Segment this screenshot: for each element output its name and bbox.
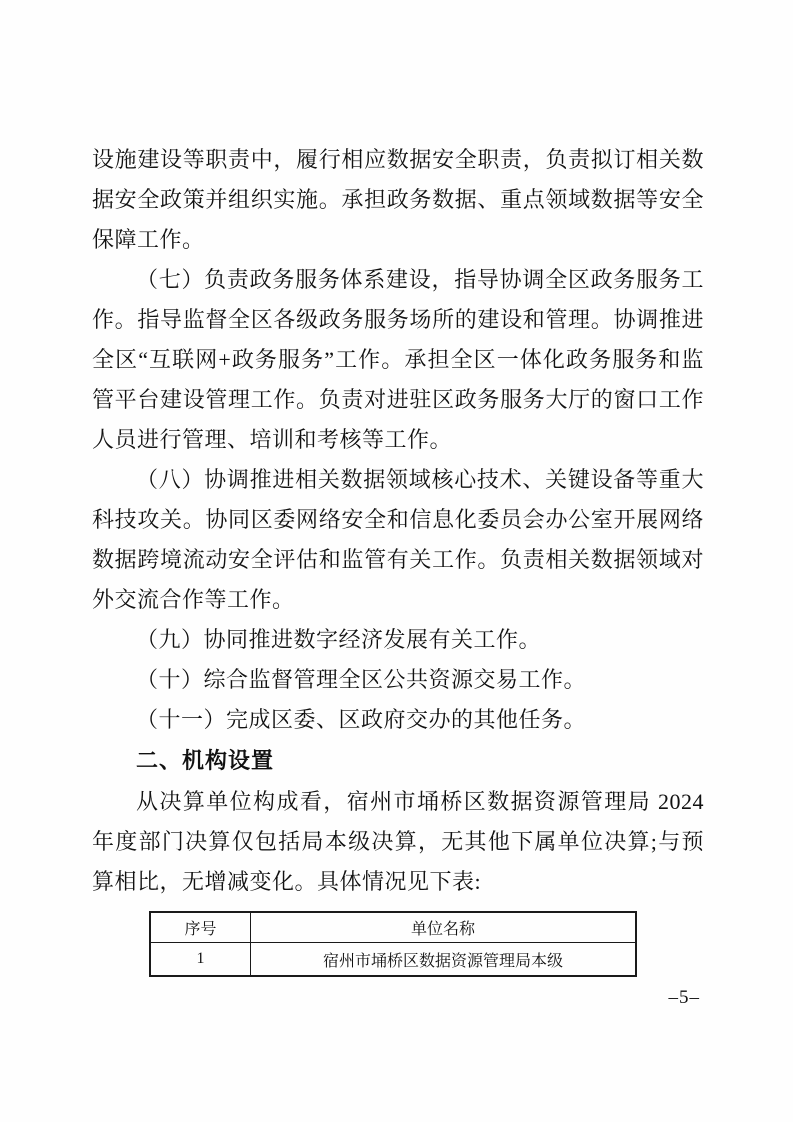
table-cell-index: 1: [150, 943, 251, 977]
table-header-unit-name: 单位名称: [251, 912, 637, 943]
document-page: 设施建设等职责中，履行相应数据安全职责，负责拟订相关数据安全政策并组织实施。承担…: [0, 0, 793, 1122]
paragraph-item-10: （十）综合监督管理全区公共资源交易工作。: [92, 660, 704, 700]
table-header-index: 序号: [150, 912, 251, 943]
page-number: –5–: [669, 987, 701, 1009]
paragraph-item-8: （八）协调推进相关数据领域核心技术、关键设备等重大科技攻关。协同区委网络安全和信…: [92, 460, 704, 620]
units-table: 序号 单位名称 1 宿州市埇桥区数据资源管理局本级: [149, 911, 637, 977]
table-header-row: 序号 单位名称: [150, 912, 636, 943]
paragraph-item-7: （七）负责政务服务体系建设，指导协调全区政务服务工作。指导监督全区各级政务服务场…: [92, 260, 704, 460]
document-body: 设施建设等职责中，履行相应数据安全职责，负责拟订相关数据安全政策并组织实施。承担…: [92, 140, 704, 977]
table-row: 1 宿州市埇桥区数据资源管理局本级: [150, 943, 636, 977]
table-cell-unit-name: 宿州市埇桥区数据资源管理局本级: [251, 943, 637, 977]
section-heading: 二、机构设置: [92, 740, 704, 782]
paragraph-item-9: （九）协同推进数字经济发展有关工作。: [92, 620, 704, 660]
paragraph-continuation: 设施建设等职责中，履行相应数据安全职责，负责拟订相关数据安全政策并组织实施。承担…: [92, 140, 704, 260]
paragraph-budget-intro: 从决算单位构成看，宿州市埇桥区数据资源管理局 2024 年度部门决算仅包括局本级…: [92, 782, 704, 902]
paragraph-item-11: （十一）完成区委、区政府交办的其他任务。: [92, 700, 704, 740]
